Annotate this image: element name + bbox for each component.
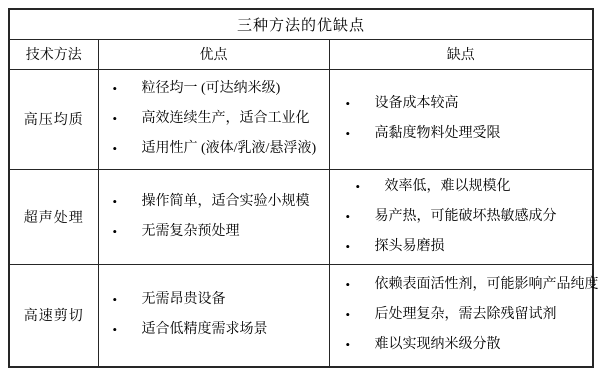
bullet-icon bbox=[356, 172, 385, 202]
cons-cell: 设备成本较高 高黏度物料处理受限 bbox=[329, 69, 593, 169]
bullet-icon bbox=[346, 89, 375, 119]
cons-cell: 依赖表面活性剂，可能影响产品纯度 后处理复杂，需去除残留试剂 难以实现纳米级分散 bbox=[329, 264, 593, 367]
col-header-pros: 优点 bbox=[98, 39, 329, 69]
cons-list: 设备成本较高 高黏度物料处理受限 bbox=[330, 89, 593, 149]
bullet-icon bbox=[346, 232, 375, 262]
item-text: 无需复杂预处理 bbox=[142, 217, 240, 247]
list-item: 高黏度物料处理受限 bbox=[330, 119, 593, 149]
bullet-icon bbox=[113, 74, 142, 104]
item-text: 易产热，可能破坏热敏感成分 bbox=[375, 202, 557, 232]
document-page: 三种方法的优缺点 技术方法 优点 缺点 高压均质 粒径均一 (可达纳米级) 高效… bbox=[0, 0, 600, 373]
cons-cell: 效率低，难以规模化 易产热，可能破坏热敏感成分 探头易磨损 bbox=[329, 169, 593, 264]
table-title-row: 三种方法的优缺点 bbox=[9, 9, 593, 39]
method-cell: 超声处理 bbox=[9, 169, 98, 264]
table-row: 高速剪切 无需昂贵设备 适合低精度需求场景 依赖表面活性剂，可能影响产品纯度 后… bbox=[9, 264, 593, 367]
list-item: 依赖表面活性剂，可能影响产品纯度 bbox=[330, 270, 593, 300]
comparison-table: 三种方法的优缺点 技术方法 优点 缺点 高压均质 粒径均一 (可达纳米级) 高效… bbox=[8, 8, 594, 368]
bullet-icon bbox=[346, 119, 375, 149]
pros-cell: 粒径均一 (可达纳米级) 高效连续生产，适合工业化 适用性广 (液体/乳液/悬浮… bbox=[98, 69, 329, 169]
list-item: 适合低精度需求场景 bbox=[99, 315, 329, 345]
bullet-icon bbox=[113, 315, 142, 345]
item-text: 后处理复杂，需去除残留试剂 bbox=[375, 300, 557, 330]
bullet-icon bbox=[113, 104, 142, 134]
method-cell: 高压均质 bbox=[9, 69, 98, 169]
col-header-cons: 缺点 bbox=[329, 39, 593, 69]
item-text: 依赖表面活性剂，可能影响产品纯度 bbox=[375, 270, 599, 300]
list-item: 高效连续生产，适合工业化 bbox=[99, 104, 329, 134]
bullet-icon bbox=[346, 270, 375, 300]
method-cell: 高速剪切 bbox=[9, 264, 98, 367]
list-item: 粒径均一 (可达纳米级) bbox=[99, 74, 329, 104]
bullet-icon bbox=[346, 202, 375, 232]
item-text: 效率低，难以规模化 bbox=[385, 172, 511, 202]
col-header-method: 技术方法 bbox=[9, 39, 98, 69]
list-item: 难以实现纳米级分散 bbox=[330, 330, 593, 360]
item-text: 设备成本较高 bbox=[375, 89, 459, 119]
pros-list: 无需昂贵设备 适合低精度需求场景 bbox=[99, 285, 329, 345]
list-item: 效率低，难以规模化 bbox=[330, 172, 593, 202]
bullet-icon bbox=[113, 187, 142, 217]
item-text: 粒径均一 (可达纳米级) bbox=[142, 74, 281, 104]
bullet-icon bbox=[113, 134, 142, 164]
item-text: 适用性广 (液体/乳液/悬浮液) bbox=[142, 134, 317, 164]
pros-list: 操作简单，适合实验小规模 无需复杂预处理 bbox=[99, 187, 329, 247]
table-row: 高压均质 粒径均一 (可达纳米级) 高效连续生产，适合工业化 适用性广 (液体/… bbox=[9, 69, 593, 169]
list-item: 后处理复杂，需去除残留试剂 bbox=[330, 300, 593, 330]
item-text: 无需昂贵设备 bbox=[142, 285, 226, 315]
list-item: 适用性广 (液体/乳液/悬浮液) bbox=[99, 134, 329, 164]
cons-list: 效率低，难以规模化 易产热，可能破坏热敏感成分 探头易磨损 bbox=[330, 172, 593, 262]
cons-list: 依赖表面活性剂，可能影响产品纯度 后处理复杂，需去除残留试剂 难以实现纳米级分散 bbox=[330, 270, 593, 360]
list-item: 设备成本较高 bbox=[330, 89, 593, 119]
table-title: 三种方法的优缺点 bbox=[9, 9, 593, 39]
item-text: 高黏度物料处理受限 bbox=[375, 119, 501, 149]
bullet-icon bbox=[113, 285, 142, 315]
item-text: 探头易磨损 bbox=[375, 232, 445, 262]
list-item: 探头易磨损 bbox=[330, 232, 593, 262]
bullet-icon bbox=[346, 330, 375, 360]
list-item: 易产热，可能破坏热敏感成分 bbox=[330, 202, 593, 232]
item-text: 难以实现纳米级分散 bbox=[375, 330, 501, 360]
pros-list: 粒径均一 (可达纳米级) 高效连续生产，适合工业化 适用性广 (液体/乳液/悬浮… bbox=[99, 74, 329, 164]
bullet-icon bbox=[113, 217, 142, 247]
table-header-row: 技术方法 优点 缺点 bbox=[9, 39, 593, 69]
item-text: 高效连续生产，适合工业化 bbox=[142, 104, 310, 134]
item-text: 适合低精度需求场景 bbox=[142, 315, 268, 345]
pros-cell: 操作简单，适合实验小规模 无需复杂预处理 bbox=[98, 169, 329, 264]
list-item: 无需复杂预处理 bbox=[99, 217, 329, 247]
item-text: 操作简单，适合实验小规模 bbox=[142, 187, 310, 217]
table-row: 超声处理 操作简单，适合实验小规模 无需复杂预处理 效率低，难以规模化 易产热，… bbox=[9, 169, 593, 264]
pros-cell: 无需昂贵设备 适合低精度需求场景 bbox=[98, 264, 329, 367]
list-item: 无需昂贵设备 bbox=[99, 285, 329, 315]
bullet-icon bbox=[346, 300, 375, 330]
list-item: 操作简单，适合实验小规模 bbox=[99, 187, 329, 217]
